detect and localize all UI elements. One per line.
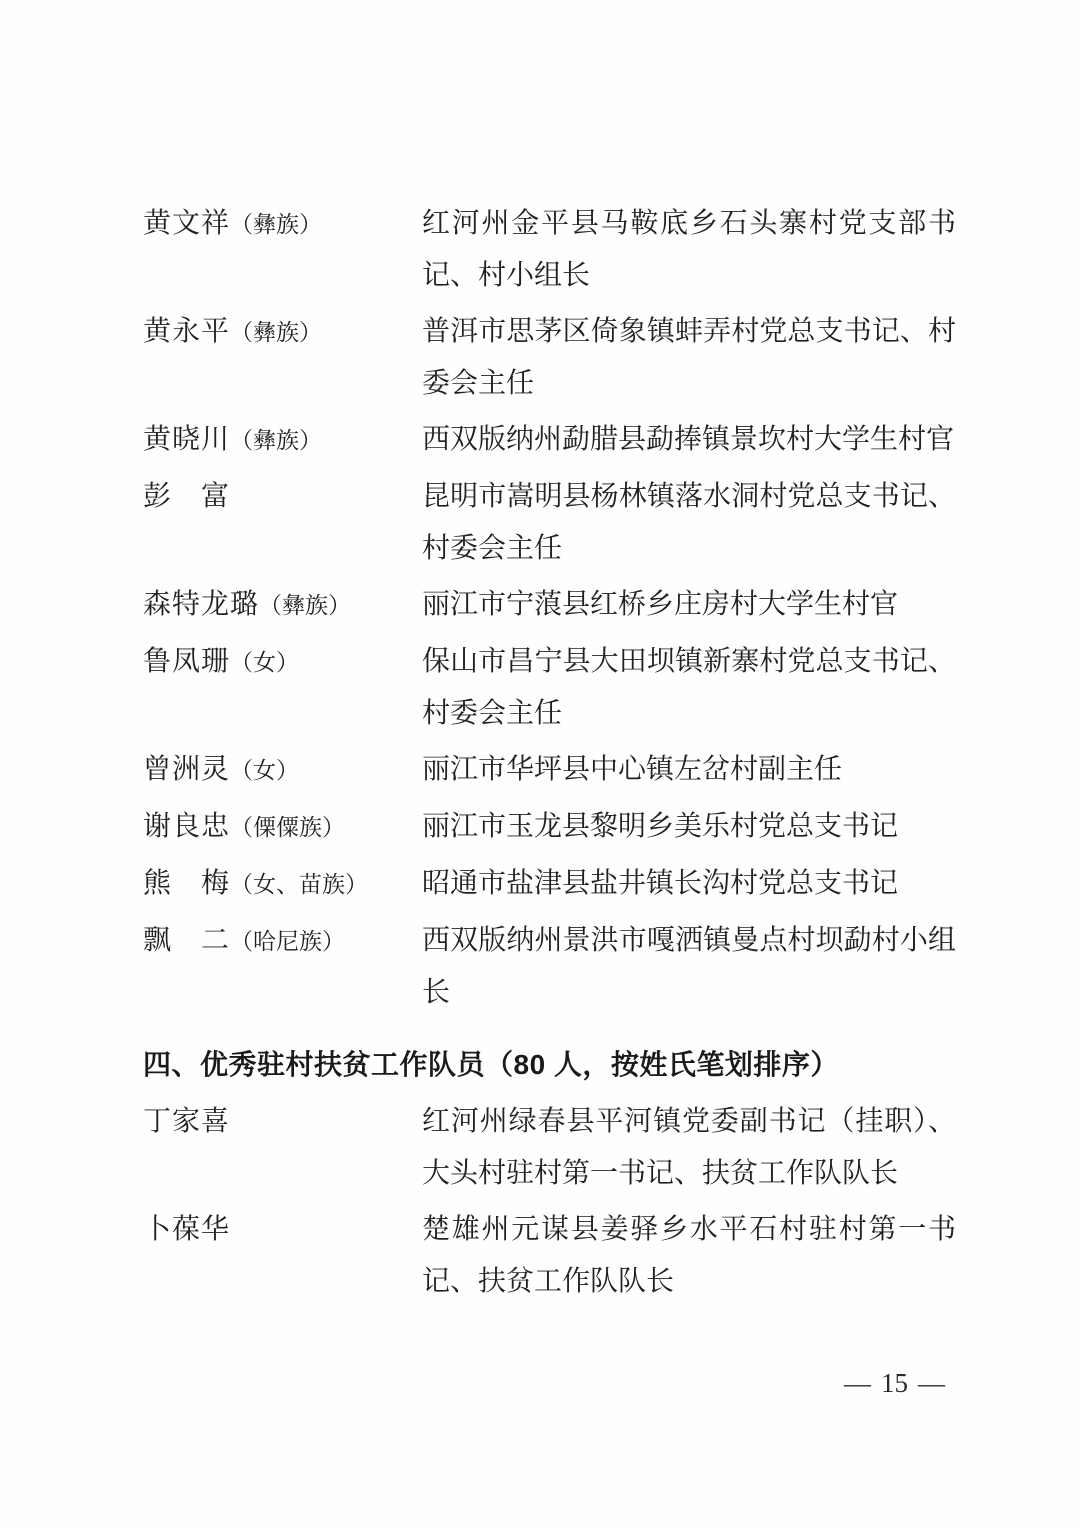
- awardee-name-text: 丁家喜: [143, 1106, 230, 1137]
- document-page: 黄文祥（彝族）红河州金平县马鞍底乡石头寨村党支部书记、村小组长黄永平（彝族）普洱…: [0, 0, 1080, 1528]
- awardee-entry: 鲁凤珊（女）保山市昌宁县大田坝镇新寨村党总支书记、村委会主任: [143, 636, 956, 740]
- awardee-name-text: 森特龙璐: [143, 589, 259, 620]
- page-number-dash-right: —: [918, 1368, 945, 1398]
- awardee-entry: 彭 富昆明市嵩明县杨林镇落水洞村党总支书记、村委会主任: [143, 471, 956, 575]
- awardee-position: 红河州绿春县平河镇党委副书记（挂职）、大头村驻村第一书记、扶贫工作队队长: [422, 1096, 956, 1200]
- awardee-name: 熊 梅（女、苗族）: [143, 858, 422, 911]
- awardee-position: 楚雄州元谋县姜驿乡水平石村驻村第一书记、扶贫工作队队长: [422, 1204, 956, 1308]
- awardee-name-text: 黄文祥: [143, 208, 230, 239]
- awardee-ethnicity-annotation: （彝族）: [230, 320, 322, 345]
- awardee-name-text: 鲁凤珊: [143, 646, 230, 677]
- awardee-position: 丽江市宁蒗县红桥乡庄房村大学生村官: [422, 579, 956, 631]
- awardee-ethnicity-annotation: （傈僳族）: [230, 815, 345, 840]
- awardee-entry: 卜葆华楚雄州元谋县姜驿乡水平石村驻村第一书记、扶贫工作队队长: [143, 1204, 956, 1308]
- awardee-name-text: 飘 二: [143, 925, 230, 956]
- awardee-position: 昆明市嵩明县杨林镇落水洞村党总支书记、村委会主任: [422, 471, 956, 575]
- page-number: —15—: [839, 1366, 950, 1400]
- section-four-heading: 四、优秀驻村扶贫工作队员（80 人，按姓氏笔划排序）: [143, 1039, 956, 1091]
- awardee-position: 丽江市华坪县中心镇左岔村副主任: [422, 744, 956, 796]
- document-content: 黄文祥（彝族）红河州金平县马鞍底乡石头寨村党支部书记、村小组长黄永平（彝族）普洱…: [143, 198, 956, 1312]
- awardee-ethnicity-annotation: （女）: [230, 650, 299, 675]
- awardee-position: 普洱市思茅区倚象镇蚌弄村党总支书记、村委会主任: [422, 306, 956, 410]
- awardee-list-continued: 黄文祥（彝族）红河州金平县马鞍底乡石头寨村党支部书记、村小组长黄永平（彝族）普洱…: [143, 198, 956, 1019]
- awardee-name: 谢良忠（傈僳族）: [143, 801, 422, 854]
- awardee-ethnicity-annotation: （彝族）: [230, 212, 322, 237]
- awardee-entry: 熊 梅（女、苗族）昭通市盐津县盐井镇长沟村党总支书记: [143, 858, 956, 911]
- awardee-position: 西双版纳州景洪市嘎洒镇曼点村坝勐村小组长: [422, 915, 956, 1019]
- awardee-name-text: 熊 梅: [143, 868, 230, 899]
- awardee-entry: 黄文祥（彝族）红河州金平县马鞍底乡石头寨村党支部书记、村小组长: [143, 198, 956, 302]
- awardee-name-text: 黄晓川: [143, 424, 230, 455]
- page-number-value: 15: [881, 1368, 908, 1398]
- awardee-ethnicity-annotation: （彝族）: [230, 428, 322, 453]
- awardee-name-text: 彭 富: [143, 481, 230, 512]
- awardee-position: 昭通市盐津县盐井镇长沟村党总支书记: [422, 858, 956, 910]
- awardee-name: 黄文祥（彝族）: [143, 198, 422, 251]
- awardee-name: 卜葆华: [143, 1204, 422, 1256]
- awardee-name-text: 卜葆华: [143, 1214, 230, 1245]
- awardee-name: 鲁凤珊（女）: [143, 636, 422, 689]
- awardee-name: 黄永平（彝族）: [143, 306, 422, 359]
- awardee-ethnicity-annotation: （女、苗族）: [230, 872, 368, 897]
- awardee-entry: 森特龙璐（彝族）丽江市宁蒗县红桥乡庄房村大学生村官: [143, 579, 956, 632]
- awardee-entry: 曾洲灵（女）丽江市华坪县中心镇左岔村副主任: [143, 744, 956, 797]
- awardee-list-section-four: 丁家喜红河州绿春县平河镇党委副书记（挂职）、大头村驻村第一书记、扶贫工作队队长卜…: [143, 1096, 956, 1308]
- awardee-name: 彭 富: [143, 471, 422, 523]
- awardee-position: 保山市昌宁县大田坝镇新寨村党总支书记、村委会主任: [422, 636, 956, 740]
- awardee-position: 丽江市玉龙县黎明乡美乐村党总支书记: [422, 801, 956, 853]
- awardee-entry: 丁家喜红河州绿春县平河镇党委副书记（挂职）、大头村驻村第一书记、扶贫工作队队长: [143, 1096, 956, 1200]
- awardee-name-text: 曾洲灵: [143, 754, 230, 785]
- awardee-name-text: 黄永平: [143, 316, 230, 347]
- awardee-position: 红河州金平县马鞍底乡石头寨村党支部书记、村小组长: [422, 198, 956, 302]
- awardee-name: 黄晓川（彝族）: [143, 414, 422, 467]
- awardee-ethnicity-annotation: （彝族）: [259, 593, 351, 618]
- page-number-dash-left: —: [844, 1368, 871, 1398]
- awardee-ethnicity-annotation: （哈尼族）: [230, 929, 345, 954]
- awardee-entry: 飘 二（哈尼族）西双版纳州景洪市嘎洒镇曼点村坝勐村小组长: [143, 915, 956, 1019]
- awardee-entry: 黄永平（彝族）普洱市思茅区倚象镇蚌弄村党总支书记、村委会主任: [143, 306, 956, 410]
- awardee-name: 曾洲灵（女）: [143, 744, 422, 797]
- awardee-position: 西双版纳州勐腊县勐捧镇景坎村大学生村官: [422, 414, 956, 466]
- awardee-name: 飘 二（哈尼族）: [143, 915, 422, 968]
- awardee-ethnicity-annotation: （女）: [230, 758, 299, 783]
- awardee-name: 丁家喜: [143, 1096, 422, 1148]
- awardee-name-text: 谢良忠: [143, 811, 230, 842]
- awardee-entry: 谢良忠（傈僳族）丽江市玉龙县黎明乡美乐村党总支书记: [143, 801, 956, 854]
- awardee-name: 森特龙璐（彝族）: [143, 579, 422, 632]
- awardee-entry: 黄晓川（彝族）西双版纳州勐腊县勐捧镇景坎村大学生村官: [143, 414, 956, 467]
